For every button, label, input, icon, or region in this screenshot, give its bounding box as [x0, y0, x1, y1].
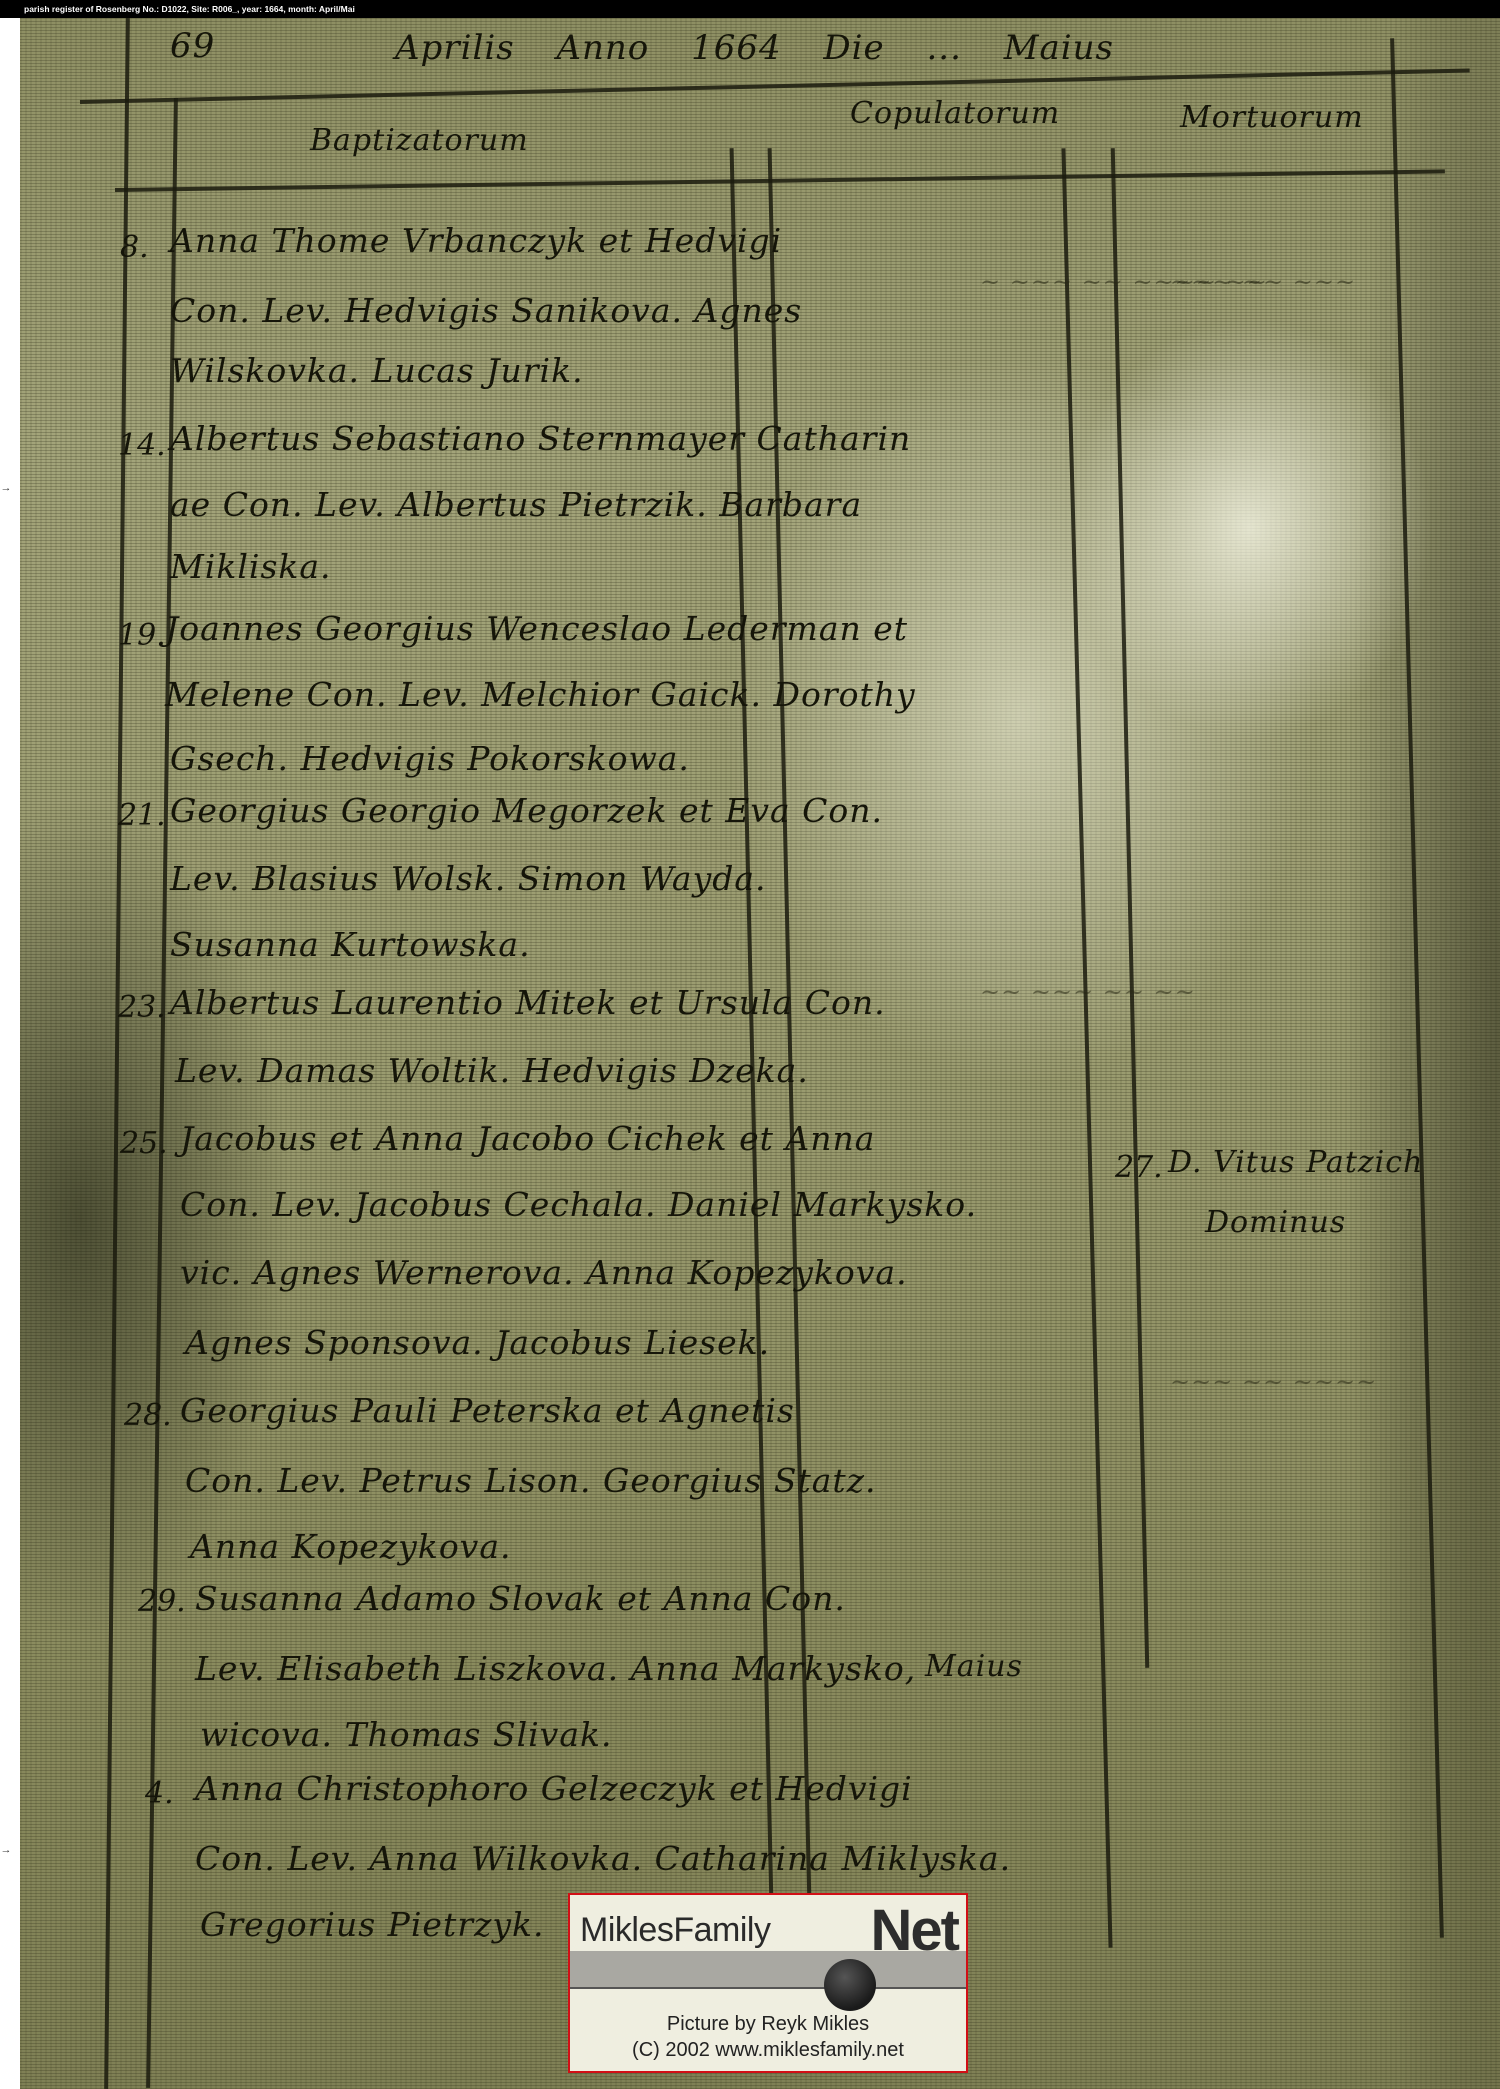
entry-day: 29.	[138, 1584, 186, 1619]
bleed-through-text: ~~ ~~~ ~~ ~~	[980, 978, 1196, 1006]
entry-line: Con. Lev. Anna Wilkovka. Catharina Mikly…	[195, 1824, 1011, 1894]
window-title: parish register of Rosenberg No.: D1022,…	[24, 4, 355, 14]
entry-line: Albertus Sebastiano Sternmayer Catharin	[170, 404, 911, 474]
arrow-right-icon: →	[0, 482, 12, 494]
entry-line: Wilskovka. Lucas Jurik.	[170, 336, 584, 406]
entry-line: Con. Lev. Jacobus Cechala. Daniel Markys…	[180, 1170, 977, 1240]
column-header-rule	[115, 169, 1445, 192]
entry-line: Lev. Blasius Wolsk. Simon Wayda.	[170, 844, 767, 914]
watermark-logo: MiklesFamily Net Picture by Reyk Mikles …	[568, 1893, 968, 2073]
entry-day: 19.	[118, 618, 166, 653]
bleed-through-text: ~~~ ~~ ~~~	[1170, 268, 1356, 296]
entry-line: Georgius Georgio Megorzek et Eva Con.	[170, 776, 883, 846]
entry-day: 4.	[145, 1776, 174, 1811]
column-divider	[1061, 148, 1112, 1947]
entry-line: vic. Agnes Wernerova. Anna Kopezykova.	[180, 1238, 908, 1308]
bleed-through-text: ~~~ ~~ ~~~~	[1170, 1368, 1377, 1396]
entry-day: 27.	[1115, 1150, 1163, 1185]
entry-line: Lev. Damas Woltik. Hedvigis Dzeka.	[175, 1036, 809, 1106]
entry-line: Mikliska.	[170, 532, 332, 602]
page-heading: Aprilis Anno 1664 Die ... Maius	[395, 28, 1114, 68]
entry-line: ae Con. Lev. Albertus Pietrzik. Barbara	[170, 470, 862, 540]
column-divider	[1390, 38, 1444, 1937]
entry-line: Jacobus et Anna Jacobo Cichek et Anna	[180, 1104, 875, 1174]
entry-line: Dominus	[1205, 1188, 1346, 1258]
column-header-married: Copulatorum	[850, 96, 1060, 131]
entry-line: Anna Christophoro Gelzeczyk et Hedvigi	[195, 1754, 913, 1824]
entry-line: Lev. Elisabeth Liszkova. Anna Markysko,	[195, 1634, 916, 1704]
photo-credit: Picture by Reyk Mikles	[570, 2013, 966, 2036]
entry-line: Susanna Adamo Slovak et Anna Con.	[195, 1564, 846, 1634]
logo-brand: MiklesFamily	[580, 1911, 770, 1950]
entry-line: Gregorius Pietrzyk.	[200, 1890, 545, 1960]
column-divider	[1111, 148, 1149, 1668]
entry-day: 21.	[118, 798, 166, 833]
entry-line: Georgius Pauli Peterska et Agnetis	[180, 1376, 795, 1446]
column-header-dead: Mortuorum	[1180, 100, 1364, 135]
entry-day: 28.	[124, 1398, 172, 1433]
entry-day: 25.	[120, 1126, 168, 1161]
entry-day: 8.	[120, 230, 149, 265]
entry-line: Melene Con. Lev. Melchior Gaick. Dorothy	[165, 660, 916, 730]
entry-line: Agnes Sponsova. Jacobus Liesek.	[185, 1308, 770, 1378]
entry-line: Albertus Laurentio Mitek et Ursula Con.	[170, 968, 886, 1038]
scanned-register-page: 69 Aprilis Anno 1664 Die ... Maius Bapti…	[20, 18, 1500, 2089]
logo-dot-icon	[824, 1959, 876, 2011]
header-rule	[80, 68, 1470, 104]
copyright-notice: (C) 2002 www.miklesfamily.net	[570, 2039, 966, 2062]
window-title-bar: parish register of Rosenberg No.: D1022,…	[0, 0, 1500, 18]
margin-rule	[104, 18, 130, 2089]
entry-day: 23.	[118, 990, 166, 1025]
entry-day: 14.	[118, 428, 166, 463]
entry-line: Anna Thome Vrbanczyk et Hedvigi	[170, 206, 782, 276]
column-header-baptized: Baptizatorum	[310, 123, 529, 158]
logo-brand-suffix: Net	[871, 1897, 958, 1964]
arrow-right-icon: →	[0, 1844, 12, 1856]
month-marker: Maius	[925, 1632, 1023, 1702]
entry-line: Joannes Georgius Wenceslao Lederman et	[165, 594, 908, 664]
entry-line: Con. Lev. Petrus Lison. Georgius Statz.	[185, 1446, 877, 1516]
page-number: 69	[170, 26, 215, 66]
